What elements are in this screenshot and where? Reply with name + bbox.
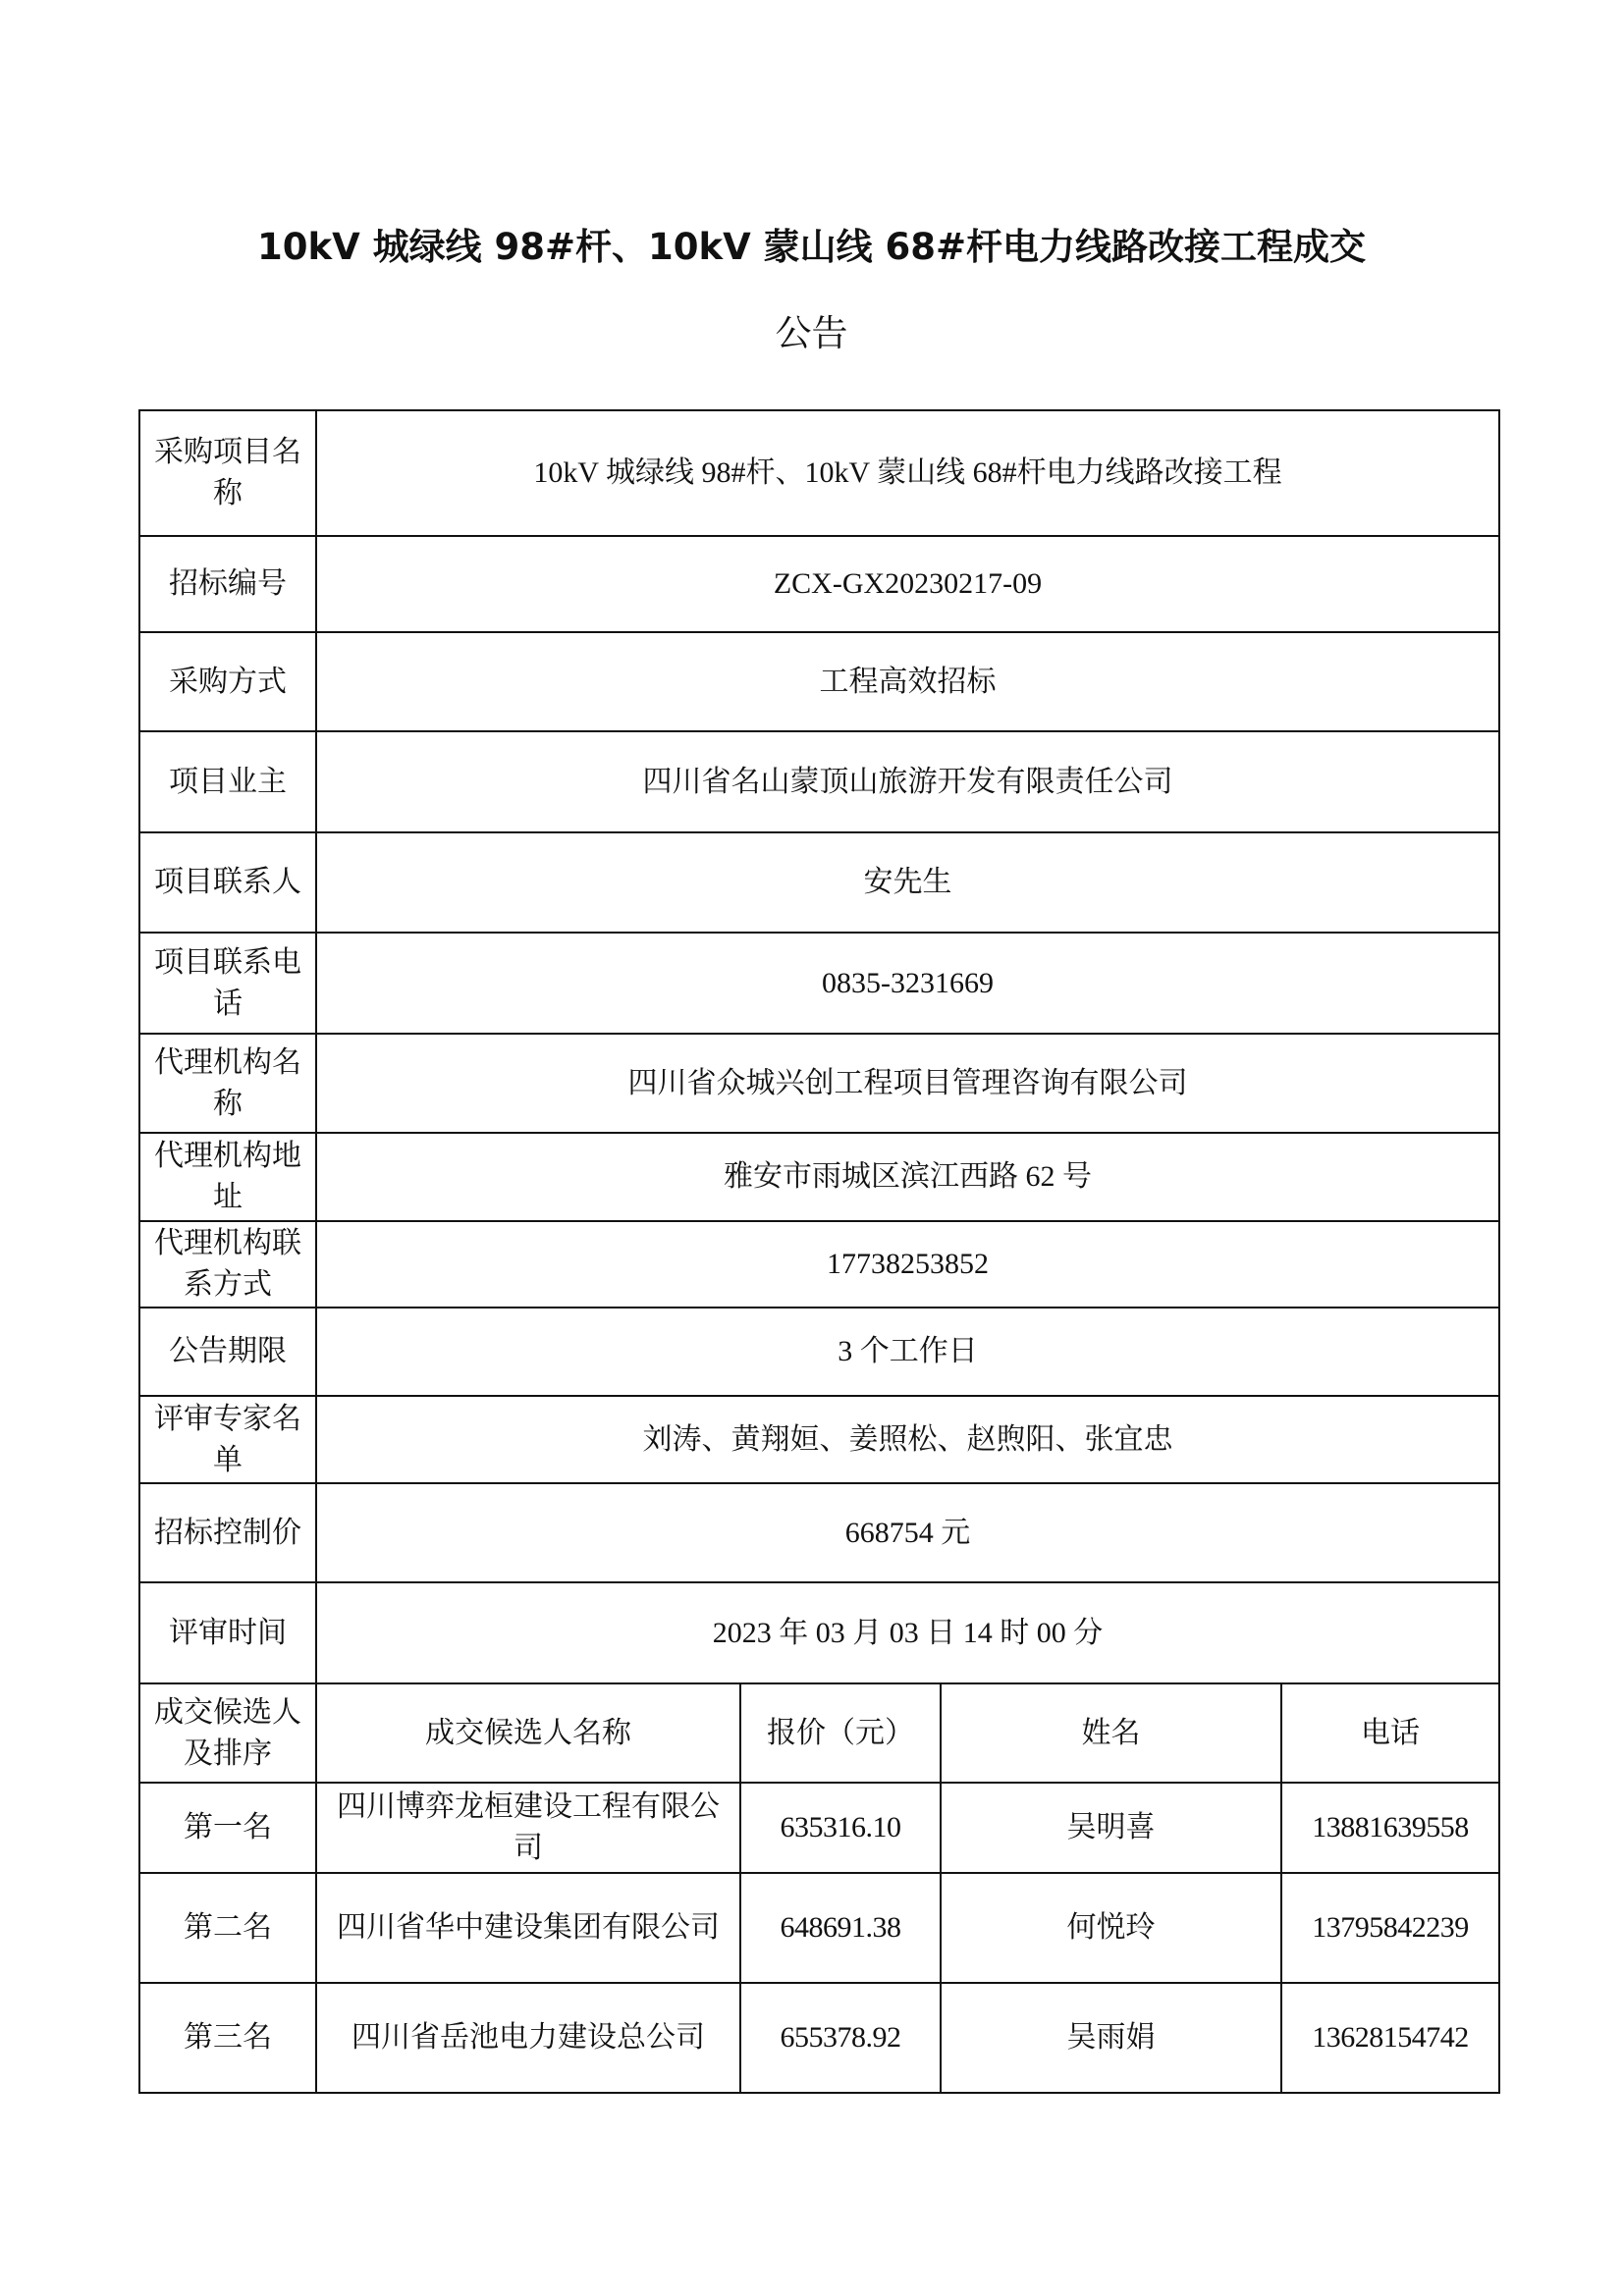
label-agency-address: 代理机构地址 [139,1133,316,1221]
header-contact-name: 姓名 [941,1683,1281,1783]
label-project-phone: 项目联系电话 [139,933,316,1034]
value-project-contact: 安先生 [316,832,1499,933]
candidate-name: 四川省华中建设集团有限公司 [316,1873,740,1983]
candidate-name: 四川省岳池电力建设总公司 [316,1983,740,2093]
label-project-contact: 项目联系人 [139,832,316,933]
page-title-continued: 公告 [0,312,1623,355]
label-review-time: 评审时间 [139,1582,316,1683]
value-control-price: 668754 元 [316,1483,1499,1582]
value-procurement-method: 工程高效招标 [316,632,1499,731]
candidate-row: 第一名 四川博弈龙桓建设工程有限公司 635316.10 吴明喜 1388163… [139,1783,1499,1873]
info-row-procurement-method: 采购方式 工程高效招标 [139,632,1499,731]
label-notice-period: 公告期限 [139,1308,316,1396]
label-project-name: 采购项目名称 [139,410,316,536]
candidate-phone: 13881639558 [1281,1783,1499,1873]
value-review-time: 2023 年 03 月 03 日 14 时 00 分 [316,1582,1499,1683]
candidate-contact: 何悦玲 [941,1873,1281,1983]
label-agency-name: 代理机构名称 [139,1034,316,1133]
candidate-phone: 13795842239 [1281,1873,1499,1983]
candidates-header-row: 成交候选人及排序 成交候选人名称 报价（元） 姓名 电话 [139,1683,1499,1783]
header-price: 报价（元） [740,1683,941,1783]
page-title: 10kV 城绿线 98#杆、10kV 蒙山线 68#杆电力线路改接工程成交 [0,226,1623,269]
label-procurement-method: 采购方式 [139,632,316,731]
candidate-row: 第二名 四川省华中建设集团有限公司 648691.38 何悦玲 13795842… [139,1873,1499,1983]
value-project-phone: 0835-3231669 [316,933,1499,1034]
value-project-owner: 四川省名山蒙顶山旅游开发有限责任公司 [316,731,1499,832]
candidate-rank: 第三名 [139,1983,316,2093]
announcement-table: 采购项目名称 10kV 城绿线 98#杆、10kV 蒙山线 68#杆电力线路改接… [138,409,1500,2094]
candidate-rank: 第一名 [139,1783,316,1873]
header-phone: 电话 [1281,1683,1499,1783]
info-row-agency-contact: 代理机构联系方式 17738253852 [139,1221,1499,1308]
value-expert-list: 刘涛、黄翔姮、姜照松、赵煦阳、张宜忠 [316,1396,1499,1483]
candidate-contact: 吴明喜 [941,1783,1281,1873]
label-control-price: 招标控制价 [139,1483,316,1582]
info-row-bid-number: 招标编号 ZCX-GX20230217-09 [139,536,1499,632]
header-rank: 成交候选人及排序 [139,1683,316,1783]
value-project-name: 10kV 城绿线 98#杆、10kV 蒙山线 68#杆电力线路改接工程 [316,410,1499,536]
info-row-agency-name: 代理机构名称 四川省众城兴创工程项目管理咨询有限公司 [139,1034,1499,1133]
candidate-price: 655378.92 [740,1983,941,2093]
candidate-row: 第三名 四川省岳池电力建设总公司 655378.92 吴雨娟 136281547… [139,1983,1499,2093]
candidate-rank: 第二名 [139,1873,316,1983]
candidate-contact: 吴雨娟 [941,1983,1281,2093]
info-row-notice-period: 公告期限 3 个工作日 [139,1308,1499,1396]
label-agency-contact: 代理机构联系方式 [139,1221,316,1308]
info-row-expert-list: 评审专家名单 刘涛、黄翔姮、姜照松、赵煦阳、张宜忠 [139,1396,1499,1483]
info-row-agency-address: 代理机构地址 雅安市雨城区滨江西路 62 号 [139,1133,1499,1221]
value-notice-period: 3 个工作日 [316,1308,1499,1396]
label-expert-list: 评审专家名单 [139,1396,316,1483]
info-row-project-contact: 项目联系人 安先生 [139,832,1499,933]
label-project-owner: 项目业主 [139,731,316,832]
info-row-project-owner: 项目业主 四川省名山蒙顶山旅游开发有限责任公司 [139,731,1499,832]
candidate-phone: 13628154742 [1281,1983,1499,2093]
candidate-price: 648691.38 [740,1873,941,1983]
value-agency-address: 雅安市雨城区滨江西路 62 号 [316,1133,1499,1221]
value-agency-name: 四川省众城兴创工程项目管理咨询有限公司 [316,1034,1499,1133]
value-agency-contact: 17738253852 [316,1221,1499,1308]
info-row-review-time: 评审时间 2023 年 03 月 03 日 14 时 00 分 [139,1582,1499,1683]
info-row-project-phone: 项目联系电话 0835-3231669 [139,933,1499,1034]
candidate-name: 四川博弈龙桓建设工程有限公司 [316,1783,740,1873]
value-bid-number: ZCX-GX20230217-09 [316,536,1499,632]
info-row-project-name: 采购项目名称 10kV 城绿线 98#杆、10kV 蒙山线 68#杆电力线路改接… [139,410,1499,536]
header-candidate-name: 成交候选人名称 [316,1683,740,1783]
label-bid-number: 招标编号 [139,536,316,632]
info-row-control-price: 招标控制价 668754 元 [139,1483,1499,1582]
candidate-price: 635316.10 [740,1783,941,1873]
